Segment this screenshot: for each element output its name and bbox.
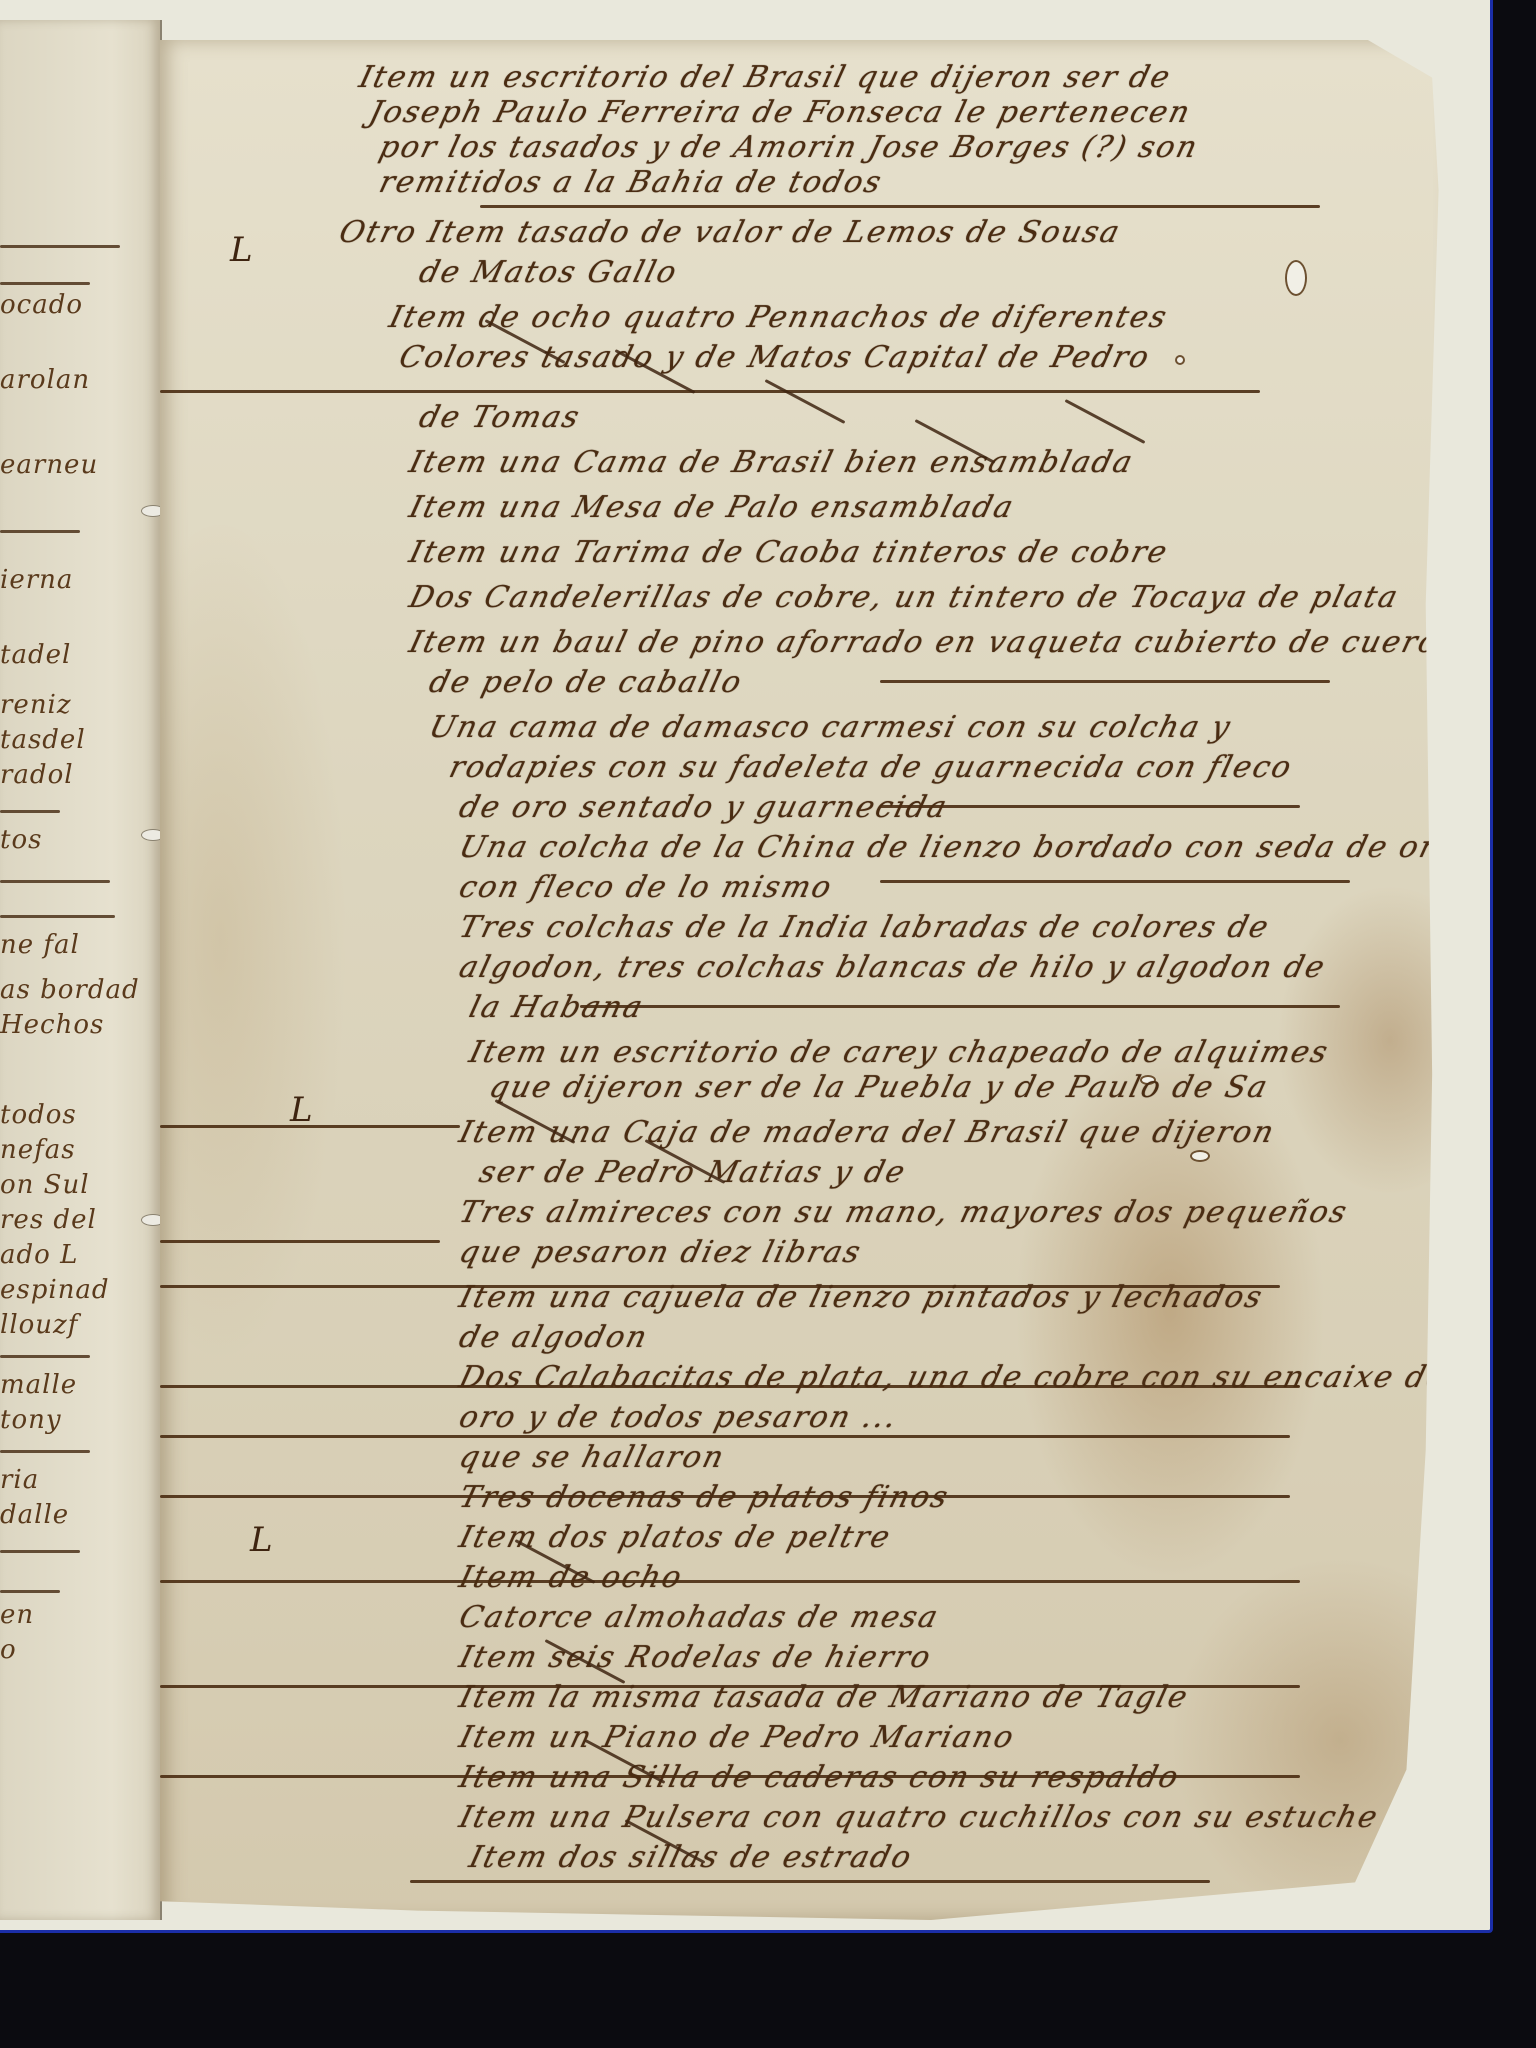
manuscript-line: que pesaron diez libras <box>456 1235 866 1270</box>
manuscript-line: Joseph Paulo Ferreira de Fonseca le pert… <box>366 95 1195 130</box>
paper-hole <box>1175 355 1185 365</box>
manuscript-line: que se hallaron <box>456 1440 729 1475</box>
manuscript-line: rodapies con su fadeleta de guarnecida c… <box>446 750 1297 785</box>
manuscript-line: que dijeron ser de la Puebla y de Paulo … <box>486 1070 1273 1105</box>
manuscript-line: Item una Pulsera con quatro cuchillos co… <box>456 1800 1383 1835</box>
right-page: L L L Item un escritorio del Brasil que … <box>160 40 1445 1920</box>
left-fragment: reniz <box>0 690 72 720</box>
left-fragment: todos <box>0 1100 77 1130</box>
ink-stroke <box>0 1590 60 1593</box>
left-fragment: llouzf <box>0 1310 78 1340</box>
manuscript-line: Item un escritorio de carey chapeado de … <box>466 1035 1333 1070</box>
ruled-line <box>160 1435 1290 1438</box>
manuscript-line: con fleco de lo mismo <box>456 870 837 905</box>
left-fragment: earneu <box>0 450 98 480</box>
left-fragment: dalle <box>0 1500 69 1530</box>
manuscript-line: Item seis Rodelas de hierro <box>456 1640 936 1675</box>
left-fragment: on Sul <box>0 1170 90 1200</box>
left-fragment: Hechos <box>0 1010 104 1040</box>
manuscript-line: por los tasados y de Amorin Jose Borges … <box>376 130 1203 165</box>
ruled-line <box>410 1880 1210 1883</box>
ink-stroke <box>0 245 120 248</box>
left-fragment: nefas <box>0 1135 76 1165</box>
left-fragment: ne fal <box>0 930 80 960</box>
ink-stroke <box>0 915 115 918</box>
manuscript-line: de algodon <box>456 1320 653 1355</box>
manuscript-line: Item una Cama de Brasil bien ensamblada <box>406 445 1138 480</box>
strikethrough <box>765 379 846 424</box>
ruled-line <box>160 1580 1300 1583</box>
left-page: ocado arolan earneu ierna tadel reniz ta… <box>0 20 162 1920</box>
manuscript-line: de pelo de caballo <box>426 665 747 700</box>
left-fragment: res del <box>0 1205 97 1235</box>
ruled-line <box>880 880 1350 883</box>
ruled-line <box>160 1775 1300 1778</box>
manuscript-line: Item un escritorio del Brasil que dijero… <box>356 60 1175 95</box>
left-fragment: ria <box>0 1465 39 1495</box>
ruled-line <box>160 1125 460 1128</box>
ink-stroke <box>0 1450 90 1453</box>
manuscript-line: Item de ocho <box>456 1560 687 1595</box>
left-fragment: arolan <box>0 365 90 395</box>
ink-stroke <box>0 282 90 285</box>
ruled-line <box>580 1005 1340 1008</box>
manuscript-line: Una colcha de la China de lienzo bordado… <box>456 830 1461 865</box>
manuscript-line: Dos Candelerillas de cobre, un tintero d… <box>406 580 1403 615</box>
left-fragment: tony <box>0 1405 62 1435</box>
ink-stroke <box>0 810 60 813</box>
left-fragment: ado L <box>0 1240 78 1270</box>
manuscript-line: Tres almireces con su mano, mayores dos … <box>456 1195 1352 1230</box>
left-fragment: en <box>0 1600 34 1630</box>
manuscript-line: remitidos a la Bahia de todos <box>376 165 887 200</box>
manuscript-line: Una cama de damasco carmesi con su colch… <box>426 710 1236 745</box>
left-fragment: o <box>0 1635 17 1665</box>
ink-stroke <box>0 880 110 883</box>
ink-stroke <box>0 530 80 533</box>
left-fragment: ierna <box>0 565 73 595</box>
margin-mark: L <box>230 230 253 270</box>
strikethrough <box>1065 399 1146 444</box>
ruled-line <box>160 1240 440 1243</box>
manuscript-line: Item un baul de pino aforrado en vaqueta… <box>406 625 1443 660</box>
manuscript-line: Item la misma tasada de Mariano de Tagle <box>456 1680 1193 1715</box>
margin-mark: L <box>250 1520 273 1560</box>
manuscript-line: Catorce almohadas de mesa <box>456 1600 943 1635</box>
ink-stroke <box>0 1355 90 1358</box>
manuscript-line: Dos Calabacitas de plata, una de cobre c… <box>456 1360 1451 1395</box>
manuscript-line: ser de Pedro Matias y de <box>476 1155 911 1190</box>
left-fragment: espinad <box>0 1275 110 1305</box>
ruled-line <box>160 1285 1280 1288</box>
manuscript-line: de Tomas <box>416 400 585 435</box>
manuscript-line: oro y de todos pesaron ... <box>456 1400 902 1435</box>
left-fragment: malle <box>0 1370 77 1400</box>
ruled-line <box>880 680 1330 683</box>
left-fragment: ocado <box>0 290 83 320</box>
manuscript-line: Item una Tarima de Caoba tinteros de cob… <box>406 535 1173 570</box>
manuscript-line: de oro sentado y guarnecida <box>456 790 952 825</box>
manuscript-line: Item dos platos de peltre <box>456 1520 896 1555</box>
paper-hole <box>1190 1150 1210 1162</box>
left-fragment: tos <box>0 825 42 855</box>
manuscript-line: Item una Caja de madera del Brasil que d… <box>456 1115 1279 1150</box>
manuscript-line: algodon, tres colchas blancas de hilo y … <box>456 950 1330 985</box>
paper-hole <box>1285 260 1307 296</box>
ruled-line <box>480 205 1320 208</box>
margin-mark: L <box>290 1090 313 1130</box>
left-fragment: as bordad <box>0 975 140 1005</box>
ruled-line <box>160 390 1260 393</box>
manuscript-line: Item un Piano de Pedro Mariano <box>456 1720 1019 1755</box>
manuscript-line: Item una Mesa de Palo ensamblada <box>406 490 1019 525</box>
left-fragment: radol <box>0 760 74 790</box>
ink-stroke <box>0 1550 80 1553</box>
left-fragment: tasdel <box>0 725 86 755</box>
ruled-line <box>880 805 1300 808</box>
manuscript-line: Tres colchas de la India labradas de col… <box>456 910 1274 945</box>
left-fragment: tadel <box>0 640 71 670</box>
manuscript-line: Otro Item tasado de valor de Lemos de So… <box>336 215 1125 250</box>
manuscript-line: Colores tasado y de Matos Capital de Ped… <box>396 340 1154 375</box>
ruled-line <box>160 1495 1290 1498</box>
manuscript-line: de Matos Gallo <box>416 255 682 290</box>
ruled-line <box>160 1385 1300 1388</box>
